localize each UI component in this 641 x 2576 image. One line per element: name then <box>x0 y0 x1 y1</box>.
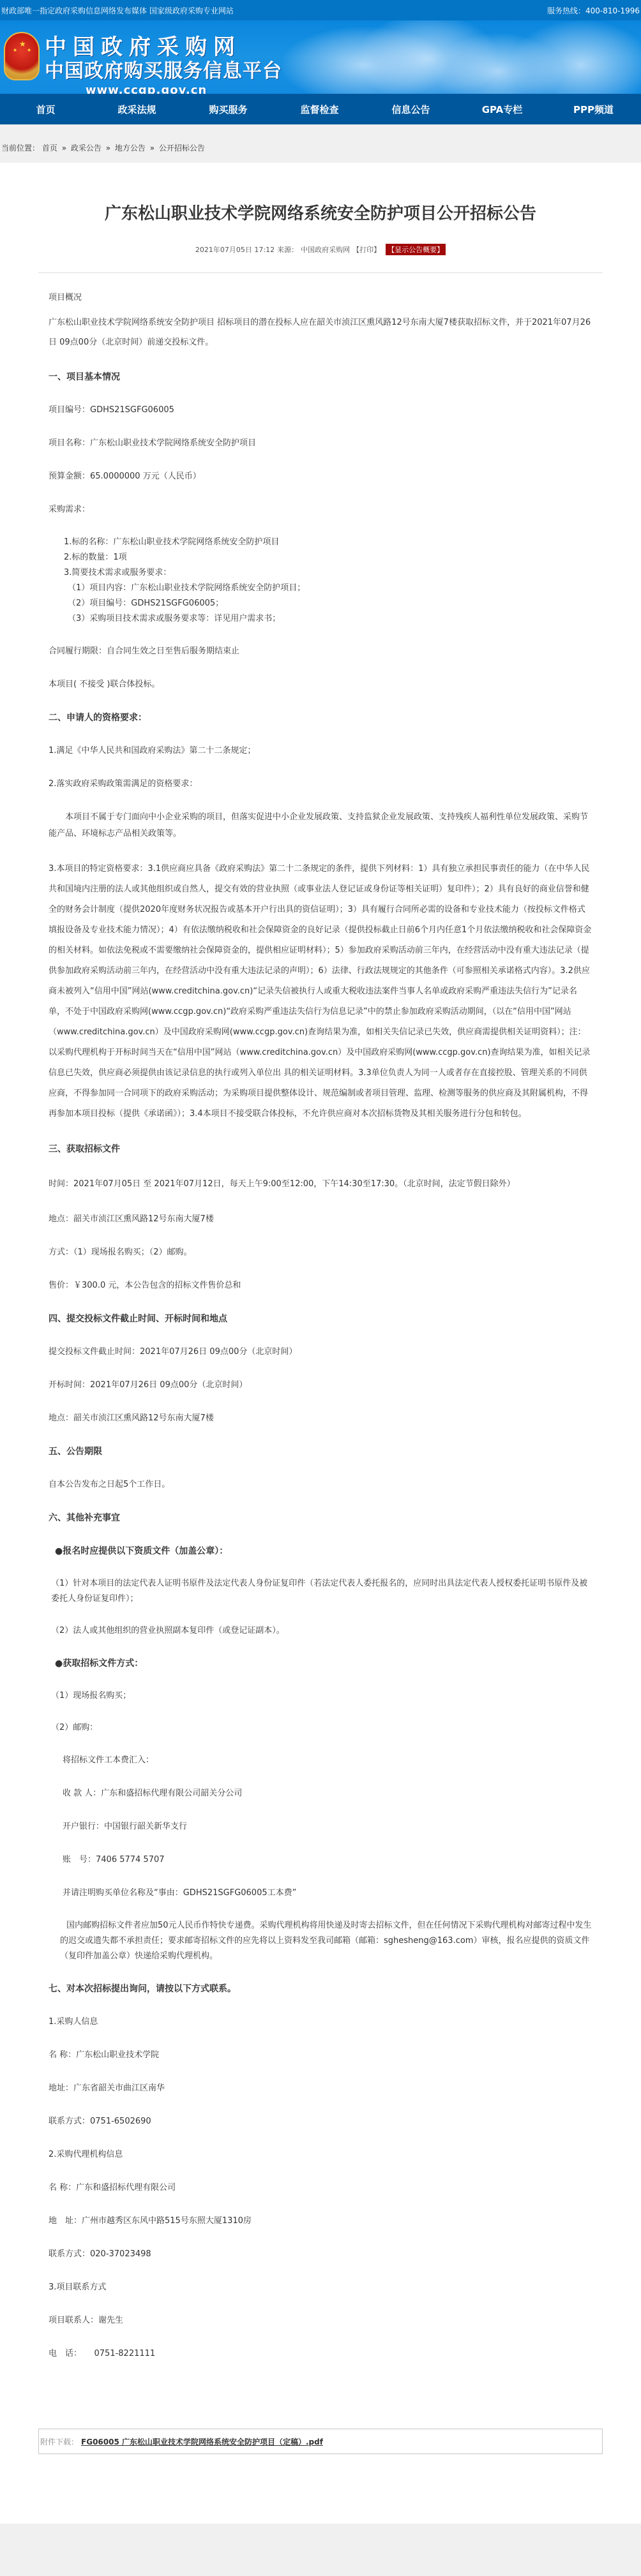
attachment-download-link[interactable]: FG06005 广东松山职业技术学院网络系统安全防护项目（定稿）.pdf <box>81 2436 323 2447</box>
breadcrumb-separator: » <box>150 144 155 153</box>
site-logo[interactable]: 中国政府采购网 中国政府购买服务信息平台 www.ccgp.gov.cn <box>45 34 282 94</box>
attachment-label: 附件下载： <box>40 2436 79 2447</box>
opening-place: 地点：韶关市浈江区熏风路12号东南大厦7楼 <box>49 1410 592 1427</box>
section-2-heading: 二、申请人的资格要求： <box>49 710 592 726</box>
opening-time: 开标时间：2021年07月26日 09点00分（北京时间） <box>49 1377 592 1394</box>
agency-heading: 2.采购代理机构信息 <box>49 2147 592 2163</box>
section-5-heading: 五、公告期限 <box>49 1443 592 1460</box>
section-7-heading: 七、对本次招标提出询问，请按以下方式联系。 <box>49 1981 592 1997</box>
project-number: 项目编号：GDHS21SGFG06005 <box>49 402 592 419</box>
payment-note: 并请注明购买单位名称及“事由：GDHS21SGFG06005工本费” <box>49 1885 592 1902</box>
acquire-method: 方式：（1）现场报名购买；（2）邮购。 <box>49 1244 592 1261</box>
acquire-method-item: （1）现场报名购买； <box>49 1688 592 1704</box>
consortium-policy: 本项目( 不接受 )联合体投标。 <box>49 676 592 693</box>
qualification-doc-item: （1）针对本项目的法定代表人证明书原件及法定代表人身份证复印件（若法定代表人委托… <box>49 1576 592 1607</box>
nav-regulations[interactable]: 政采法规 <box>91 103 183 116</box>
national-emblem-icon: ★ ★ ★ <box>4 32 40 80</box>
breadcrumb-separator: » <box>106 144 110 153</box>
overview-heading: 项目概况 <box>49 290 592 306</box>
nav-supervision[interactable]: 监督检查 <box>274 103 365 116</box>
site-name: 中国政府采购网 <box>45 34 282 60</box>
requirement-2-text: 本项目不属于专门面向中小企业采购的项目，但落实促进中小企业发展政策、支持监狱企业… <box>49 809 592 842</box>
print-link[interactable]: 【打印】 <box>352 244 381 255</box>
submission-deadline: 提交投标文件截止时间：2021年07月26日 09点00分（北京时间） <box>49 1344 592 1360</box>
nav-ppp[interactable]: PPP频道 <box>548 103 639 116</box>
service-hotline: 服务热线：400-810-1996 <box>547 5 640 16</box>
project-contact-heading: 3.项目联系方式 <box>49 2279 592 2296</box>
budget-amount: 预算金额：65.0000000 万元（人民币） <box>49 468 592 485</box>
breadcrumb-local-announcements[interactable]: 地方公告 <box>115 144 146 153</box>
top-info-bar: 财政部唯一指定政府采购信息网络发布媒体 国家级政府采购专业网站 服务热线：400… <box>0 0 641 20</box>
section-1-heading: 一、项目基本情况 <box>49 369 592 385</box>
announcement-period: 自本公告发布之日起5个工作日。 <box>49 1477 592 1493</box>
acquire-place: 地点：韶关市浈江区熏风路12号东南大厦7楼 <box>49 1211 592 1228</box>
demand-item: 2.标的数量：1项 <box>49 550 592 565</box>
requirement-1: 1.满足《中华人民共和国政府采购法》第二十二条规定； <box>49 743 592 759</box>
project-name: 项目名称：广东松山职业技术学院网络系统安全防护项目 <box>49 435 592 452</box>
agency-address: 地 址：广州市越秀区东风中路515号东照大厦1310房 <box>49 2213 592 2230</box>
source-label: 来源： <box>277 244 298 255</box>
site-url: www.ccgp.gov.cn <box>86 83 282 94</box>
qualification-doc-item: （2）法人或其他组织的营业执照副本复印件（或登记证副本）。 <box>49 1623 592 1639</box>
payment-intro: 将招标文件工本费汇入： <box>49 1752 592 1769</box>
demand-item: 3.简要技术需求或服务要求： <box>49 565 592 581</box>
acquire-method-heading: ●获取招标文件方式： <box>49 1655 592 1672</box>
site-tagline: 财政部唯一指定政府采购信息网络发布媒体 国家级政府采购专业网站 <box>1 5 234 16</box>
breadcrumb-home[interactable]: 首页 <box>42 144 57 153</box>
nav-home[interactable]: 首页 <box>0 103 91 116</box>
bank-account: 账 号：7406 5774 5707 <box>49 1852 592 1868</box>
section-4-heading: 四、提交投标文件截止时间、开标时间和地点 <box>49 1311 592 1327</box>
agency-contact: 联系方式：020-37023498 <box>49 2246 592 2263</box>
contract-period: 合同履行期限：自合同生效之日至售后服务期结束止 <box>49 643 592 660</box>
section-6-heading: 六、其他补充事宜 <box>49 1510 592 1526</box>
nav-announcements[interactable]: 信息公告 <box>365 103 456 116</box>
nav-gpa[interactable]: GPA专栏 <box>456 103 548 116</box>
demand-subitem: （2）项目编号：GDHS21SGFG06005； <box>49 596 592 611</box>
show-summary-button[interactable]: 【显示公告概要】 <box>386 244 446 255</box>
overview-text: 广东松山职业技术学院网络系统安全防护项目 招标项目的潜在投标人应在韶关市浈江区熏… <box>49 313 592 352</box>
project-contact-person: 项目联系人：谢先生 <box>49 2312 592 2329</box>
main-nav: 首页 政采法规 购买服务 监督检查 信息公告 GPA专栏 PPP频道 <box>0 94 641 124</box>
publish-datetime: 2021年07月05日 17:12 <box>195 244 275 255</box>
mail-order-text: 国内邮购招标文件者应加50元人民币作特快专递费。采购代理机构将用快递及时寄去招标… <box>49 1918 592 1964</box>
article: 广东松山职业技术学院网络系统安全防护项目公开招标公告 2021年07月05日 1… <box>0 163 641 2524</box>
purchaser-heading: 1.采购人信息 <box>49 2014 592 2030</box>
bank: 开户银行：中国银行韶关新华支行 <box>49 1819 592 1835</box>
requirement-3: 3.本项目的特定资格要求：3.1供应商应具备《政府采购法》第二十二条规定的条件，… <box>49 859 592 1124</box>
document-price: 售价：￥300.0 元，本公告包含的招标文件售价总和 <box>49 1277 592 1294</box>
payee: 收 款 人：广东和盛招标代理有限公司韶关分公司 <box>49 1785 592 1802</box>
demand-item: 1.标的名称：广东松山职业技术学院网络系统安全防护项目 <box>49 535 592 550</box>
attachment-box: 附件下载： FG06005 广东松山职业技术学院网络系统安全防护项目（定稿）.p… <box>38 2429 603 2454</box>
demand-subitem: （1）项目内容：广东松山职业技术学院网络系统安全防护项目； <box>49 581 592 596</box>
qualification-docs-heading: ●报名时应提供以下资质文件（加盖公章）： <box>49 1543 592 1560</box>
breadcrumb-separator: » <box>62 144 66 153</box>
source-value: 中国政府采购网 <box>301 244 350 255</box>
requirement-2: 2.落实政府采购政策需满足的资格要求： <box>49 776 592 793</box>
page-title: 广东松山职业技术学院网络系统安全防护项目公开招标公告 <box>38 163 603 225</box>
demand-label: 采购需求： <box>49 502 592 518</box>
announcement-body: 项目概况 广东松山职业技术学院网络系统安全防护项目 招标项目的潜在投标人应在韶关… <box>38 273 603 2362</box>
demand-subitem: （3）采购项目技术需求或服务要求等：详见用户需求书； <box>49 611 592 627</box>
site-banner: ★ ★ ★ 中国政府采购网 中国政府购买服务信息平台 www.ccgp.gov.… <box>0 20 641 94</box>
project-contact-phone: 电 话： 0751-8221111 <box>49 2346 592 2362</box>
purchaser-address: 地址：广东省韶关市曲江区南华 <box>49 2080 592 2097</box>
section-3-heading: 三、获取招标文件 <box>49 1141 592 1158</box>
purchaser-contact: 联系方式：0751-6502690 <box>49 2113 592 2130</box>
article-meta: 2021年07月05日 17:12 来源：中国政府采购网 【打印】 【显示公告概… <box>38 243 603 256</box>
agency-name: 名 称：广东和盛招标代理有限公司 <box>49 2180 592 2196</box>
breadcrumb: 当前位置： 首页 » 政采公告 » 地方公告 » 公开招标公告 <box>0 124 641 163</box>
acquire-method-item: （2）邮购： <box>49 1720 592 1736</box>
breadcrumb-prefix: 当前位置： <box>1 144 40 153</box>
breadcrumb-open-tender[interactable]: 公开招标公告 <box>159 144 205 153</box>
platform-name: 中国政府购买服务信息平台 <box>45 60 282 83</box>
acquire-time: 时间：2021年07月05日 至 2021年07月12日，每天上午9:00至12… <box>49 1174 592 1195</box>
nav-purchase-services[interactable]: 购买服务 <box>183 103 274 116</box>
breadcrumb-gov-announcements[interactable]: 政采公告 <box>71 144 102 153</box>
purchaser-name: 名 称：广东松山职业技术学院 <box>49 2047 592 2064</box>
